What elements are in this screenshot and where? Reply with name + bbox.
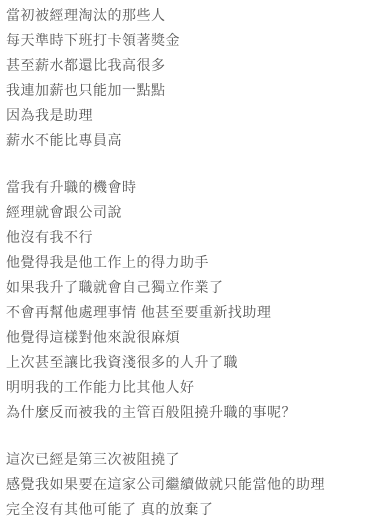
text-line: 如果我升了職就會自己獨立作業了 xyxy=(6,275,381,300)
text-line: 薪水不能比專員高 xyxy=(6,128,381,153)
text-line: 這次已經是第三次被阻撓了 xyxy=(6,447,381,472)
post-body: 當初被經理淘汰的那些人每天準時下班打卡領著獎金甚至薪水都還比我高很多我連加薪也只… xyxy=(0,0,387,522)
text-line: 甚至薪水都還比我高很多 xyxy=(6,53,381,78)
text-line: 我連加薪也只能加一點點 xyxy=(6,78,381,103)
paragraph-3: 這次已經是第三次被阻撓了感覺我如果要在這家公司繼續做就只能當他的助理完全沒有其他… xyxy=(6,447,381,522)
text-line: 他覺得這樣對他來說很麻煩 xyxy=(6,325,381,350)
text-line: 完全沒有其他可能了 真的放棄了 xyxy=(6,497,381,522)
text-line: 他沒有我不行 xyxy=(6,225,381,250)
text-line: 上次甚至讓比我資淺很多的人升了職 xyxy=(6,350,381,375)
text-line: 因為我是助理 xyxy=(6,103,381,128)
paragraph-1: 當初被經理淘汰的那些人每天準時下班打卡領著獎金甚至薪水都還比我高很多我連加薪也只… xyxy=(6,3,381,153)
text-line: 為什麼反而被我的主管百般阻撓升職的事呢？ xyxy=(6,400,381,425)
text-line: 感覺我如果要在這家公司繼續做就只能當他的助理 xyxy=(6,472,381,497)
text-line: 當初被經理淘汰的那些人 xyxy=(6,3,381,28)
text-line: 每天準時下班打卡領著獎金 xyxy=(6,28,381,53)
text-line: 當我有升職的機會時 xyxy=(6,175,381,200)
text-line: 明明我的工作能力比其他人好 xyxy=(6,375,381,400)
text-line: 他覺得我是他工作上的得力助手 xyxy=(6,250,381,275)
text-line: 經理就會跟公司說 xyxy=(6,200,381,225)
text-line: 不會再幫他處理事情 他甚至要重新找助理 xyxy=(6,300,381,325)
paragraph-2: 當我有升職的機會時經理就會跟公司說他沒有我不行他覺得我是他工作上的得力助手如果我… xyxy=(6,175,381,425)
